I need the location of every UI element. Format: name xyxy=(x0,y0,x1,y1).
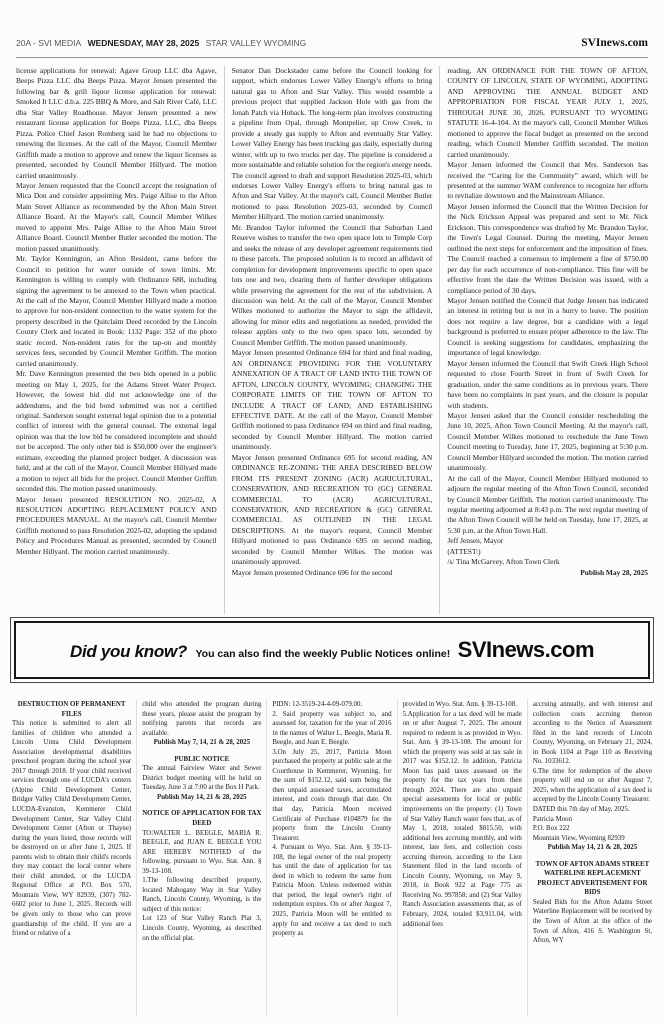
body-paragraph: 6.The time for redemption of the above p… xyxy=(533,767,652,805)
body-paragraph: Mayor Jensen asked that the Council cons… xyxy=(447,411,648,474)
body-paragraph: license applications for renewal: Agave … xyxy=(16,66,217,181)
website-link[interactable]: SVInews.com xyxy=(581,37,648,49)
body-paragraph: Mayor Jensen presented RESOLUTION NO. 20… xyxy=(16,495,217,558)
signature-line: Patricia Moon xyxy=(533,815,652,825)
body-paragraph: 1.The following described property, loca… xyxy=(142,876,261,914)
body-paragraph: PIDN: 12-3519-24-4-09-079.00. xyxy=(272,700,391,710)
body-paragraph: accruing annually, and with interest and… xyxy=(533,700,652,767)
page-section-label: 20A - SVI MEDIA xyxy=(16,38,81,48)
minutes-column-3: reading, AN ORDINANCE FOR THE TOWN OF AF… xyxy=(439,66,648,614)
body-paragraph: The annual Fairview Water and Sewer Dist… xyxy=(142,764,261,793)
notice-heading: PUBLIC NOTICE xyxy=(142,755,261,765)
body-paragraph: 3.On July 25, 2017, Particia Moon purcha… xyxy=(272,748,391,843)
public-notices-section: DESTRUCTION OF PERMANENT FILESThis notic… xyxy=(12,700,652,1016)
body-paragraph: Lot 123 of Star Valley Ranch Plat 3, Lin… xyxy=(142,914,261,943)
signature-line: /s/ Tina McGarvey, Afton Town Clerk xyxy=(447,557,648,567)
body-paragraph: 4. Pursuant to Wyo. Stat. Ann. § 39-13-1… xyxy=(272,843,391,938)
minutes-column-2: Senator Dan Dockstader came before the C… xyxy=(224,66,440,614)
publish-line: Publish May 7, 14, 21 & 28, 2025 xyxy=(142,738,261,748)
body-paragraph: Mayor Jensen requested that the Council … xyxy=(16,181,217,254)
body-paragraph: Mr. Taylor Kennington, an Afton Resident… xyxy=(16,254,217,369)
did-you-know-banner: Did you know? You can also find the week… xyxy=(10,617,654,683)
banner-text: Did you know? You can also find the week… xyxy=(70,637,594,663)
body-paragraph: Mr. Brandon Taylor informed the Council … xyxy=(232,223,433,348)
body-paragraph: TO:WALTER L. BEEGLE, MARIA R. BEEGLE, an… xyxy=(142,829,261,877)
signature-line: Mountain View, Wyoming 82939 xyxy=(533,834,652,844)
signature-line: (ATTEST:) xyxy=(447,547,648,557)
body-paragraph: At the call of the Mayor, Council Member… xyxy=(447,474,648,537)
body-paragraph: Mayor Jensen informed the Council that M… xyxy=(447,160,648,202)
banner-lead: Did you know? xyxy=(70,642,187,661)
notices-column-5: accruing annually, and with interest and… xyxy=(527,700,652,1016)
body-paragraph: Mayor Jensen presented Ordinance 696 for… xyxy=(232,568,433,578)
notice-heading: DESTRUCTION OF PERMANENT FILES xyxy=(12,700,131,719)
masthead-location: STAR VALLEY WYOMING xyxy=(206,38,307,48)
body-paragraph: Mayor Jensen presented Ordinance 695 for… xyxy=(232,453,433,568)
banner-message: You can also find the weekly Public Noti… xyxy=(195,648,450,660)
newspaper-page: 20A - SVI MEDIA WEDNESDAY, MAY 28, 2025 … xyxy=(0,0,663,1024)
body-paragraph: Mr. Dave Kennington presented the two bi… xyxy=(16,369,217,494)
body-paragraph: reading, AN ORDINANCE FOR THE TOWN OF AF… xyxy=(447,66,648,160)
masthead-left: 20A - SVI MEDIA WEDNESDAY, MAY 28, 2025 … xyxy=(16,38,310,48)
banner-frame: Did you know? You can also find the week… xyxy=(14,621,650,679)
notice-heading: NOTICE OF APPLICATION FOR TAX DEED xyxy=(142,809,261,828)
body-paragraph: provided in Wyo. Stat. Ann. § 39-13-108. xyxy=(403,700,522,710)
body-paragraph: Mayor Jensen notified the Council that J… xyxy=(447,296,648,359)
banner-website-link[interactable]: SVInews.com xyxy=(458,637,594,662)
body-paragraph: Senator Dan Dockstader came before the C… xyxy=(232,66,433,223)
council-minutes-section: license applications for renewal: Agave … xyxy=(16,66,648,614)
body-paragraph: child who attended the program during th… xyxy=(142,700,261,738)
notices-column-2: child who attended the program during th… xyxy=(136,700,266,1016)
notices-column-1: DESTRUCTION OF PERMANENT FILESThis notic… xyxy=(12,700,136,1016)
notices-column-4: provided in Wyo. Stat. Ann. § 39-13-108.… xyxy=(397,700,527,1016)
issue-date: WEDNESDAY, MAY 28, 2025 xyxy=(88,38,200,48)
body-paragraph: Sealed Bids for the Afton Adams Street W… xyxy=(533,898,652,946)
body-paragraph: Mayor Jensen informed the Council that S… xyxy=(447,359,648,411)
body-paragraph: 2. Said property was subject to, and ass… xyxy=(272,710,391,748)
body-paragraph: 5.Application for a tax deed will be mad… xyxy=(403,710,522,930)
notice-heading: TOWN OF AFTON ADAMS STREET WATERLINE REP… xyxy=(533,860,652,898)
publish-line: Publish May 14, 21 & 28, 2025 xyxy=(533,843,652,853)
signature-line: Jeff Jensen, Mayor xyxy=(447,536,648,546)
body-paragraph: This notice is submitted to alert all fa… xyxy=(12,719,131,939)
body-paragraph: DATED this 7th day of May, 2025. xyxy=(533,805,652,815)
body-paragraph: Mayor Jensen presented Ordinance 694 for… xyxy=(232,348,433,453)
signature-line: P.O. Box 222 xyxy=(533,824,652,834)
body-paragraph: Mayor Jensen informed the Council that t… xyxy=(447,202,648,296)
minutes-column-1: license applications for renewal: Agave … xyxy=(16,66,224,614)
publish-line: Publish May 14, 21 & 28, 2025 xyxy=(142,793,261,803)
publish-line: Publish May 28, 2025 xyxy=(447,568,648,578)
masthead: 20A - SVI MEDIA WEDNESDAY, MAY 28, 2025 … xyxy=(16,37,648,49)
masthead-rule xyxy=(16,57,648,58)
notices-column-3: PIDN: 12-3519-24-4-09-079.00.2. Said pro… xyxy=(266,700,396,1016)
